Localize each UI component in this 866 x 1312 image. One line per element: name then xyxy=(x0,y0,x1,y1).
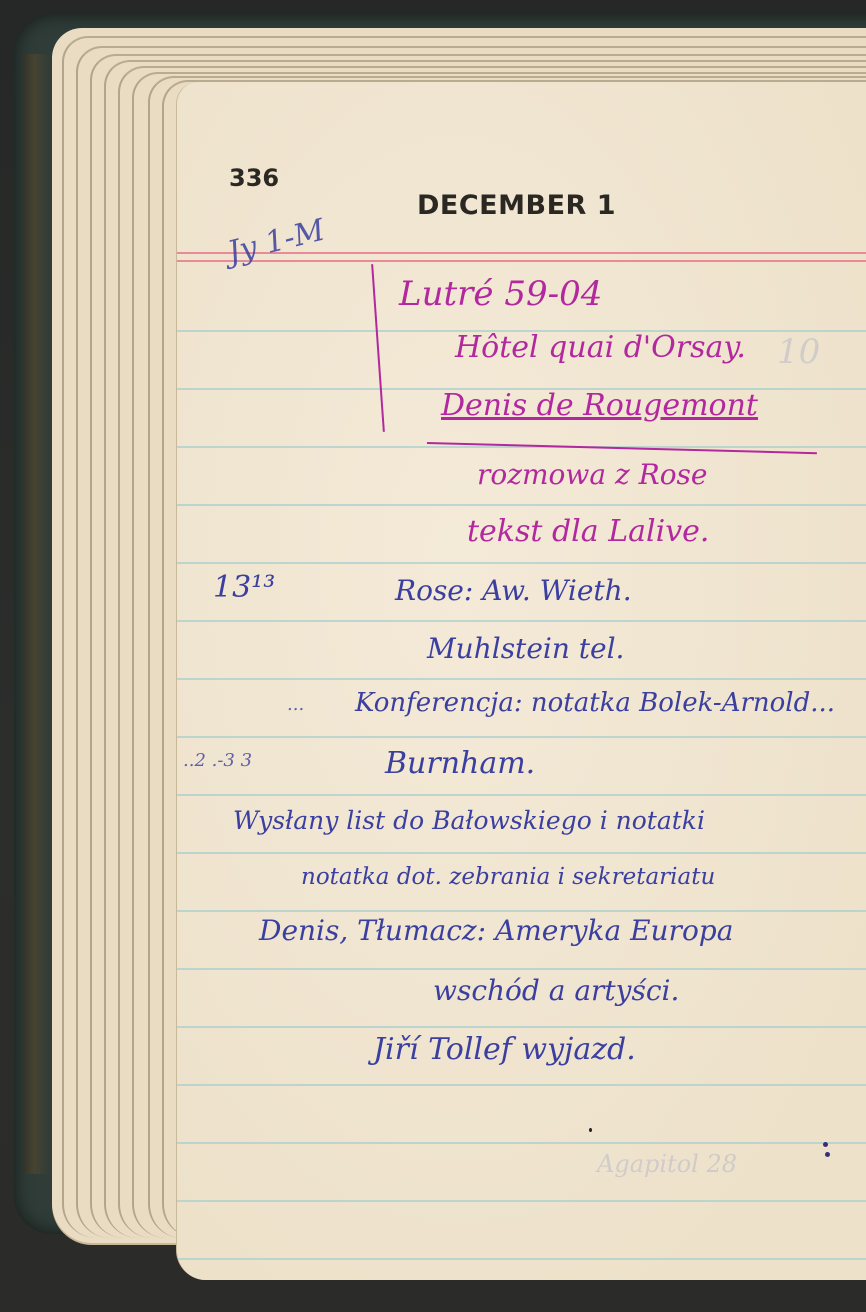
blue-entry: Rose: Aw. Wieth. xyxy=(395,574,632,607)
ink-dot xyxy=(823,1142,828,1147)
blue-entry: Muhlstein tel. xyxy=(427,632,624,665)
blue-entry: Jiří Tollef wyjazd. xyxy=(373,1032,636,1067)
entry-box-underline xyxy=(427,442,817,454)
ruled-line xyxy=(177,1258,866,1260)
page-date-heading: DECEMBER 1 xyxy=(417,190,616,221)
blue-entry: wschód a artyści. xyxy=(433,974,679,1007)
ruled-line xyxy=(177,678,866,680)
ruled-line xyxy=(177,736,866,738)
magenta-entry: rozmowa z Rose xyxy=(477,458,708,491)
boxed-entry-line: Lutré 59-04 xyxy=(399,274,602,314)
blue-entry: Denis, Tłumacz: Ameryka Europa xyxy=(259,914,733,947)
bleed-through-text: 10 xyxy=(777,332,820,372)
margin-mark: ... xyxy=(287,694,304,715)
margin-mark: ..2 .-3 3 xyxy=(183,750,252,771)
entry-bracket xyxy=(371,264,385,432)
photo-scene: 10 Agapitol 28 336 DECEMBER 1 Jy 1-M Lut… xyxy=(0,0,866,1312)
ruled-line xyxy=(177,1200,866,1202)
bleed-through-text: Agapitol 28 xyxy=(597,1150,737,1178)
boxed-entry-line: Denis de Rougemont xyxy=(441,388,758,423)
blue-entry: notatka dot. zebrania i sekretariatu xyxy=(301,864,715,890)
red-rule xyxy=(177,260,866,262)
ruled-line xyxy=(177,504,866,506)
ruled-line xyxy=(177,562,866,564)
magenta-entry: tekst dla Lalive. xyxy=(467,514,709,549)
ruled-line xyxy=(177,1026,866,1028)
ruled-line xyxy=(177,852,866,854)
ink-dot xyxy=(825,1152,830,1157)
blue-entry: Konferencja: notatka Bolek-Arnold... xyxy=(355,688,835,718)
diary-page: 10 Agapitol 28 336 DECEMBER 1 Jy 1-M Lut… xyxy=(176,82,866,1280)
blue-entry: Burnham. xyxy=(385,746,535,781)
ink-speck xyxy=(589,1128,592,1132)
ruled-line xyxy=(177,968,866,970)
ruled-line xyxy=(177,1142,866,1144)
time-note: 13¹³ xyxy=(213,570,275,605)
page-number: 336 xyxy=(229,164,279,192)
boxed-entry-line: Hôtel quai d'Orsay. xyxy=(455,330,746,365)
ruled-line xyxy=(177,910,866,912)
ruled-line xyxy=(177,1084,866,1086)
ruled-line xyxy=(177,794,866,796)
ruled-line xyxy=(177,620,866,622)
blue-entry: Wysłany list do Bałowskiego i notatki xyxy=(233,806,705,835)
